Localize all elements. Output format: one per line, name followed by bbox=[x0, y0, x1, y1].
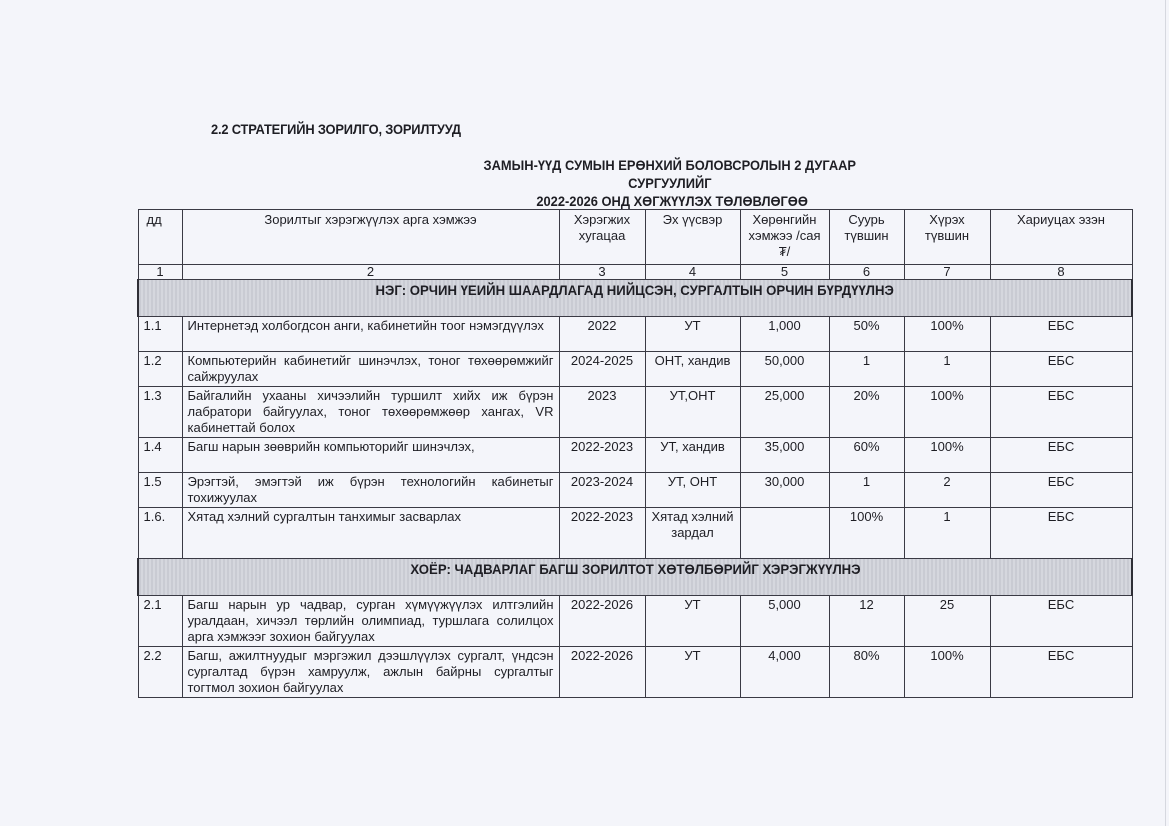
row-amount bbox=[740, 508, 829, 559]
row-owner: ЕБС bbox=[990, 596, 1132, 647]
row-amount: 30,000 bbox=[740, 473, 829, 508]
row-period: 2022 bbox=[559, 317, 645, 352]
row-amount: 1,000 bbox=[740, 317, 829, 352]
row-owner: ЕБС bbox=[990, 508, 1132, 559]
row-baseline: 50% bbox=[829, 317, 904, 352]
row-no: 1.3 bbox=[138, 387, 182, 438]
row-action: Багш нарын зөөврийн компьюторийг шинэчлэ… bbox=[182, 438, 559, 473]
header-owner: Хариуцах эзэн bbox=[990, 210, 1132, 265]
row-period: 2022-2023 bbox=[559, 438, 645, 473]
row-baseline: 1 bbox=[829, 473, 904, 508]
header-target: Хүрэх түвшин bbox=[904, 210, 990, 265]
section-row-1: НЭГ: ОРЧИН ҮЕИЙН ШААРДЛАГАД НИЙЦСЭН, СУР… bbox=[138, 280, 1132, 317]
row-action: Байгалийн ухааны хичээлийн туршилт хийх … bbox=[182, 387, 559, 438]
row-baseline: 80% bbox=[829, 647, 904, 698]
table-row: 1.3 Байгалийн ухааны хичээлийн туршилт х… bbox=[138, 387, 1132, 438]
row-period: 2023 bbox=[559, 387, 645, 438]
row-target: 100% bbox=[904, 438, 990, 473]
table-row: 1.5 Эрэгтэй, эмэгтэй иж бүрэн технологий… bbox=[138, 473, 1132, 508]
row-target: 1 bbox=[904, 508, 990, 559]
header-baseline: Суурь түвшин bbox=[829, 210, 904, 265]
row-target: 100% bbox=[904, 647, 990, 698]
row-no: 2.2 bbox=[138, 647, 182, 698]
header-source: Эх үүсвэр bbox=[645, 210, 740, 265]
row-owner: ЕБС bbox=[990, 647, 1132, 698]
header-no: дд bbox=[138, 210, 182, 265]
table-row: 1.4 Багш нарын зөөврийн компьюторийг шин… bbox=[138, 438, 1132, 473]
row-source: УТ bbox=[645, 647, 740, 698]
row-baseline: 60% bbox=[829, 438, 904, 473]
row-source: ОНТ, хандив bbox=[645, 352, 740, 387]
row-source: УТ bbox=[645, 317, 740, 352]
row-action: Хятад хэлний сургалтын танхимыг засварла… bbox=[182, 508, 559, 559]
column-number: 8 bbox=[990, 265, 1132, 280]
table-row: 2.1 Багш нарын ур чадвар, сурган хүмүүжү… bbox=[138, 596, 1132, 647]
row-amount: 4,000 bbox=[740, 647, 829, 698]
page-edge bbox=[1165, 0, 1166, 826]
row-action: Интернетэд холбогдсон анги, кабинетийн т… bbox=[182, 317, 559, 352]
row-baseline: 1 bbox=[829, 352, 904, 387]
row-owner: ЕБС bbox=[990, 317, 1132, 352]
row-action: Компьютерийн кабинетийг шинэчлэх, тоног … bbox=[182, 352, 559, 387]
column-number: 1 bbox=[138, 265, 182, 280]
row-no: 1.2 bbox=[138, 352, 182, 387]
row-owner: ЕБС bbox=[990, 387, 1132, 438]
row-period: 2022-2026 bbox=[559, 647, 645, 698]
row-owner: ЕБС bbox=[990, 438, 1132, 473]
table-row: 1.2 Компьютерийн кабинетийг шинэчлэх, то… bbox=[138, 352, 1132, 387]
section-heading: 2.2 СТРАТЕГИЙН ЗОРИЛГО, ЗОРИЛТУУД bbox=[211, 121, 461, 137]
row-target: 100% bbox=[904, 317, 990, 352]
title-line-1: ЗАМЫН-ҮҮД СУМЫН ЕРӨНХИЙ БОЛОВСРОЛЫН 2 ДУ… bbox=[325, 156, 895, 192]
row-owner: ЕБС bbox=[990, 473, 1132, 508]
section-title-text: ХОЁР: ЧАДВАРЛАГ БАГШ ЗОРИЛТОТ ХӨТӨЛБӨРИЙ… bbox=[410, 561, 860, 577]
row-no: 1.6. bbox=[138, 508, 182, 559]
row-source: УТ, ОНТ bbox=[645, 473, 740, 508]
row-baseline: 100% bbox=[829, 508, 904, 559]
row-no: 1.5 bbox=[138, 473, 182, 508]
header-period: Хэрэгжих хугацаа bbox=[559, 210, 645, 265]
section-title: ХОЁР: ЧАДВАРЛАГ БАГШ ЗОРИЛТОТ ХӨТӨЛБӨРИЙ… bbox=[138, 559, 1132, 596]
section-title: НЭГ: ОРЧИН ҮЕИЙН ШААРДЛАГАД НИЙЦСЭН, СУР… bbox=[138, 280, 1132, 317]
row-source: УТ, хандив bbox=[645, 438, 740, 473]
row-target: 25 bbox=[904, 596, 990, 647]
row-owner: ЕБС bbox=[990, 352, 1132, 387]
row-no: 1.4 bbox=[138, 438, 182, 473]
title-line-2: 2022-2026 ОНД ХӨГЖҮҮЛЭХ ТӨЛӨВЛӨГӨӨ bbox=[325, 192, 895, 210]
column-number-row: 1 2 3 4 5 6 7 8 bbox=[138, 265, 1132, 280]
header-row: дд Зорилтыг хэрэгжүүлэх арга хэмжээ Хэрэ… bbox=[138, 210, 1132, 265]
table-row: 1.6. Хятад хэлний сургалтын танхимыг зас… bbox=[138, 508, 1132, 559]
row-amount: 5,000 bbox=[740, 596, 829, 647]
row-baseline: 20% bbox=[829, 387, 904, 438]
row-no: 2.1 bbox=[138, 596, 182, 647]
row-period: 2022-2026 bbox=[559, 596, 645, 647]
row-action: Багш нарын ур чадвар, сурган хүмүүжүүлэх… bbox=[182, 596, 559, 647]
column-number: 2 bbox=[182, 265, 559, 280]
section-title-text: НЭГ: ОРЧИН ҮЕИЙН ШААРДЛАГАД НИЙЦСЭН, СУР… bbox=[376, 282, 894, 298]
row-period: 2023-2024 bbox=[559, 473, 645, 508]
column-number: 6 bbox=[829, 265, 904, 280]
column-number: 4 bbox=[645, 265, 740, 280]
row-target: 2 bbox=[904, 473, 990, 508]
row-source: УТ,ОНТ bbox=[645, 387, 740, 438]
section-row-2: ХОЁР: ЧАДВАРЛАГ БАГШ ЗОРИЛТОТ ХӨТӨЛБӨРИЙ… bbox=[138, 559, 1132, 596]
row-amount: 35,000 bbox=[740, 438, 829, 473]
row-source: УТ bbox=[645, 596, 740, 647]
column-number: 7 bbox=[904, 265, 990, 280]
row-period: 2022-2023 bbox=[559, 508, 645, 559]
row-baseline: 12 bbox=[829, 596, 904, 647]
row-amount: 50,000 bbox=[740, 352, 829, 387]
header-action: Зорилтыг хэрэгжүүлэх арга хэмжээ bbox=[182, 210, 559, 265]
row-source: Хятад хэлний зардал bbox=[645, 508, 740, 559]
column-number: 3 bbox=[559, 265, 645, 280]
header-amount: Хөрөнгийн хэмжээ /сая ₮/ bbox=[740, 210, 829, 265]
column-number: 5 bbox=[740, 265, 829, 280]
development-plan-table: дд Зорилтыг хэрэгжүүлэх арга хэмжээ Хэрэ… bbox=[137, 209, 1133, 698]
table-row: 2.2 Багш, ажилтнуудыг мэргэжил дээшлүүлэ… bbox=[138, 647, 1132, 698]
table-row: 1.1 Интернетэд холбогдсон анги, кабинети… bbox=[138, 317, 1132, 352]
document-title: ЗАМЫН-ҮҮД СУМЫН ЕРӨНХИЙ БОЛОВСРОЛЫН 2 ДУ… bbox=[325, 156, 895, 210]
row-action: Эрэгтэй, эмэгтэй иж бүрэн технологийн ка… bbox=[182, 473, 559, 508]
row-amount: 25,000 bbox=[740, 387, 829, 438]
row-action: Багш, ажилтнуудыг мэргэжил дээшлүүлэх су… bbox=[182, 647, 559, 698]
row-target: 100% bbox=[904, 387, 990, 438]
row-no: 1.1 bbox=[138, 317, 182, 352]
row-period: 2024-2025 bbox=[559, 352, 645, 387]
row-target: 1 bbox=[904, 352, 990, 387]
